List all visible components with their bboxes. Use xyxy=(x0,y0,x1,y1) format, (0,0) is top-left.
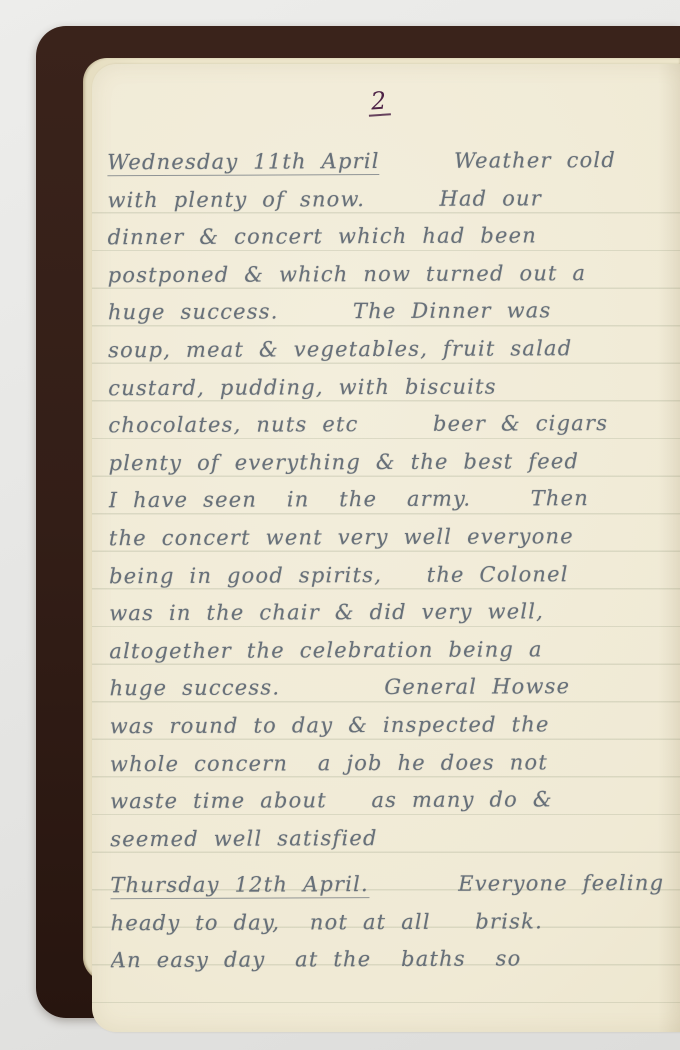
diary-line-text: An easy day at the baths so xyxy=(111,947,522,973)
notebook-cover: 2 Wednesday 11th April Weather cold with… xyxy=(36,26,680,1018)
diary-line-text: huge success. The Dinner was xyxy=(108,299,552,325)
diary-line: An easy day at the baths so xyxy=(111,940,666,980)
diary-line-text: with plenty of snow. Had our xyxy=(107,186,542,212)
diary-line: with plenty of snow. Had our xyxy=(107,179,662,219)
diary-line: huge success. The Dinner was xyxy=(108,292,663,332)
diary-line: chocolates, nuts etc beer & cigars xyxy=(108,405,663,445)
diary-line: was round to day & inspected the xyxy=(110,706,665,746)
diary-line: Wednesday 11th April Weather cold xyxy=(107,142,662,182)
diary-line: heady to day, not at all brisk. xyxy=(110,903,665,943)
diary-line-text: Weather cold xyxy=(380,148,616,173)
diary-line-text: being in good spirits, the Colonel xyxy=(109,562,569,588)
diary-line: waste time about as many do & xyxy=(110,781,665,821)
diary-line-text: waste time about as many do & xyxy=(110,787,553,813)
diary-line-text: chocolates, nuts etc beer & cigars xyxy=(108,411,608,437)
diary-line: altogether the celebration being a xyxy=(109,631,664,671)
diary-line: dinner & concert which had been xyxy=(108,217,663,257)
diary-line: postponed & which now turned out a xyxy=(108,255,663,295)
diary-line-text: custard, pudding, with biscuits xyxy=(108,374,497,400)
entry-date-heading: Wednesday 11th April xyxy=(107,149,380,176)
diary-line: plenty of everything & the best feed xyxy=(108,443,663,483)
diary-line: seemed well satisfied xyxy=(110,818,665,858)
diary-line-text: dinner & concert which had been xyxy=(108,224,537,250)
diary-line-text: altogether the celebration being a xyxy=(109,637,542,663)
diary-line-text: huge success. General Howse xyxy=(110,675,571,701)
diary-line-text: whole concern a job he does not xyxy=(110,750,548,776)
page-number: 2 xyxy=(367,87,391,116)
diary-line-text: Everyone feeling xyxy=(369,871,664,896)
diary-line-text: postponed & which now turned out a xyxy=(108,261,587,287)
diary-line: the concert went very well everyone xyxy=(109,518,664,558)
gutter-shadow xyxy=(658,64,680,1032)
diary-line-text: plenty of everything & the best feed xyxy=(109,449,580,475)
diary-line: custard, pudding, with biscuits xyxy=(108,367,663,407)
diary-line: huge success. General Howse xyxy=(109,668,664,708)
diary-line: soup, meat & vegetables, fruit salad xyxy=(108,330,663,370)
diary-line: was in the chair & did very well, xyxy=(109,593,664,633)
diary-line-text: was round to day & inspected the xyxy=(110,712,550,738)
diary-line-text: seemed well satisfied xyxy=(110,826,377,851)
diary-line-text: heady to day, not at all brisk. xyxy=(111,909,543,935)
diary-line-text: was in the chair & did very well, xyxy=(109,599,544,625)
diary-page: 2 Wednesday 11th April Weather cold with… xyxy=(92,64,680,1032)
diary-line: being in good spirits, the Colonel xyxy=(109,555,664,595)
diary-line: I have seen in the army. Then xyxy=(109,480,664,520)
diary-line-text: soup, meat & vegetables, fruit salad xyxy=(108,336,572,362)
diary-line: Thursday 12th April. Everyone feeling xyxy=(110,865,665,905)
entry-date-heading: Thursday 12th April. xyxy=(110,872,369,899)
diary-line-text: the concert went very well everyone xyxy=(109,524,574,550)
diary-line: whole concern a job he does not xyxy=(110,743,665,783)
diary-line-text: I have seen in the army. Then xyxy=(109,486,589,512)
diary-text-block: Wednesday 11th April Weather cold with p… xyxy=(107,142,666,980)
